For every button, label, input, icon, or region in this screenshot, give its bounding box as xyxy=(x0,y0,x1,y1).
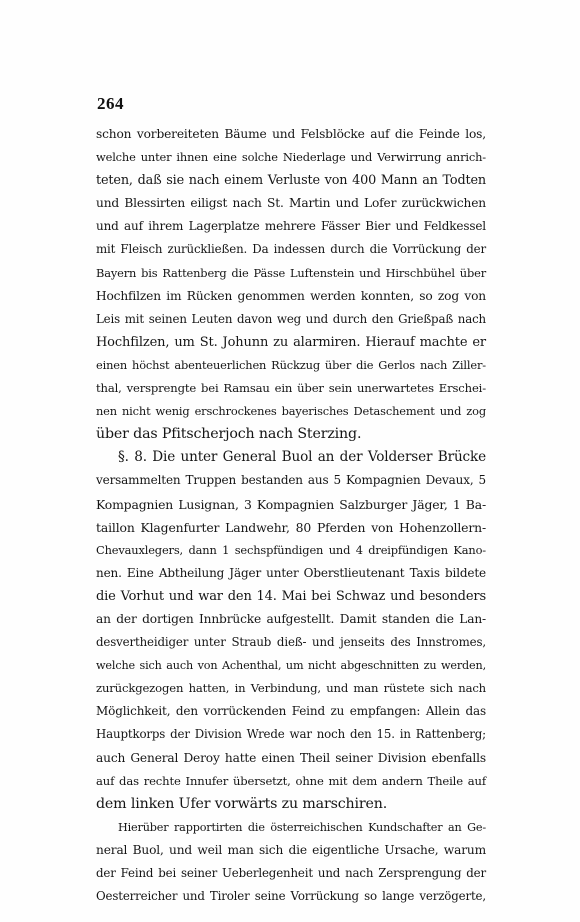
text-line: mit Fleisch zurückließen. Da indessen du… xyxy=(96,238,486,261)
text-line: an der dortigen Innbrücke aufgestellt. D… xyxy=(96,608,486,631)
text-line: auch General Deroy hatte einen Theil sei… xyxy=(96,747,486,770)
text-line: Hochfilzen, um St. Johunn zu alarmiren. … xyxy=(96,331,486,354)
text-line: Kompagnien Lusignan, 3 Kompagnien Salzbu… xyxy=(96,493,486,516)
text-line: nen. Eine Abtheilung Jäger unter Oberstl… xyxy=(96,562,486,585)
text-line: der Feind bei seiner Ueberlegenheit und … xyxy=(96,862,486,885)
text-line: Hochfilzen im Rücken genommen werden kon… xyxy=(96,285,486,308)
text-line: Möglichkeit, den vorrückenden Feind zu e… xyxy=(96,700,486,723)
page-number: 264 xyxy=(97,94,124,114)
text-line: Oesterreicher und Tiroler seine Vorrücku… xyxy=(96,885,486,908)
text-line: auf das rechte Innufer übersetzt, ohne m… xyxy=(96,770,486,793)
text-line: und auf ihrem Lagerplatze mehrere Fässer… xyxy=(96,215,486,238)
text-line: desvertheidiger unter Straub dieß- und j… xyxy=(96,631,486,654)
text-line: nen nicht wenig erschrockenes bayerische… xyxy=(96,400,486,423)
text-line: und Blessirten eiligst nach St. Martin u… xyxy=(96,192,486,215)
text-line: Chevauxlegers, dann 1 sechspfündigen und… xyxy=(96,539,486,562)
paragraph-section-8: §. 8. Die unter General Buol an der Vold… xyxy=(96,446,486,816)
text-line: welche sich auch von Achenthal, um nicht… xyxy=(96,654,486,677)
body-text: schon vorbereiteten Bäume und Felsblöcke… xyxy=(96,123,486,908)
text-line: zurückgezogen hatten, in Verbindung, und… xyxy=(96,677,486,700)
book-page: 264 schon vorbereiteten Bäume und Felsbl… xyxy=(0,0,580,922)
text-line: welche unter ihnen eine solche Niederlag… xyxy=(96,146,486,169)
paragraph-3: Hierüber rapportirten die österreichisch… xyxy=(96,816,486,908)
text-line: Hierüber rapportirten die österreichisch… xyxy=(96,816,486,839)
text-line: dem linken Ufer vorwärts zu marschiren. xyxy=(96,793,486,816)
text-line: schon vorbereiteten Bäume und Felsblöcke… xyxy=(96,123,486,146)
text-line: Leis mit seinen Leuten davon weg und dur… xyxy=(96,308,486,331)
text-line: taillon Klagenfurter Landwehr, 80 Pferde… xyxy=(96,516,486,539)
text-line: die Vorhut und war den 14. Mai bei Schwa… xyxy=(96,585,486,608)
paragraph-1: schon vorbereiteten Bäume und Felsblöcke… xyxy=(96,123,486,446)
text-line: Hauptkorps der Division Wrede war noch d… xyxy=(96,723,486,746)
text-line: neral Buol, und weil man sich die eigent… xyxy=(96,839,486,862)
text-line: thal, versprengte bei Ramsau ein über se… xyxy=(96,377,486,400)
text-line: Bayern bis Rattenberg die Pässe Luftenst… xyxy=(96,262,486,285)
text-line: teten, daß sie nach einem Verluste von 4… xyxy=(96,169,486,192)
section-heading-line: §. 8. Die unter General Buol an der Vold… xyxy=(96,446,486,469)
text-line: über das Pfitscherjoch nach Sterzing. xyxy=(96,423,486,446)
text-line: versammelten Truppen bestanden aus 5 Kom… xyxy=(96,469,486,492)
text-line: einen höchst abenteuerlichen Rückzug übe… xyxy=(96,354,486,377)
